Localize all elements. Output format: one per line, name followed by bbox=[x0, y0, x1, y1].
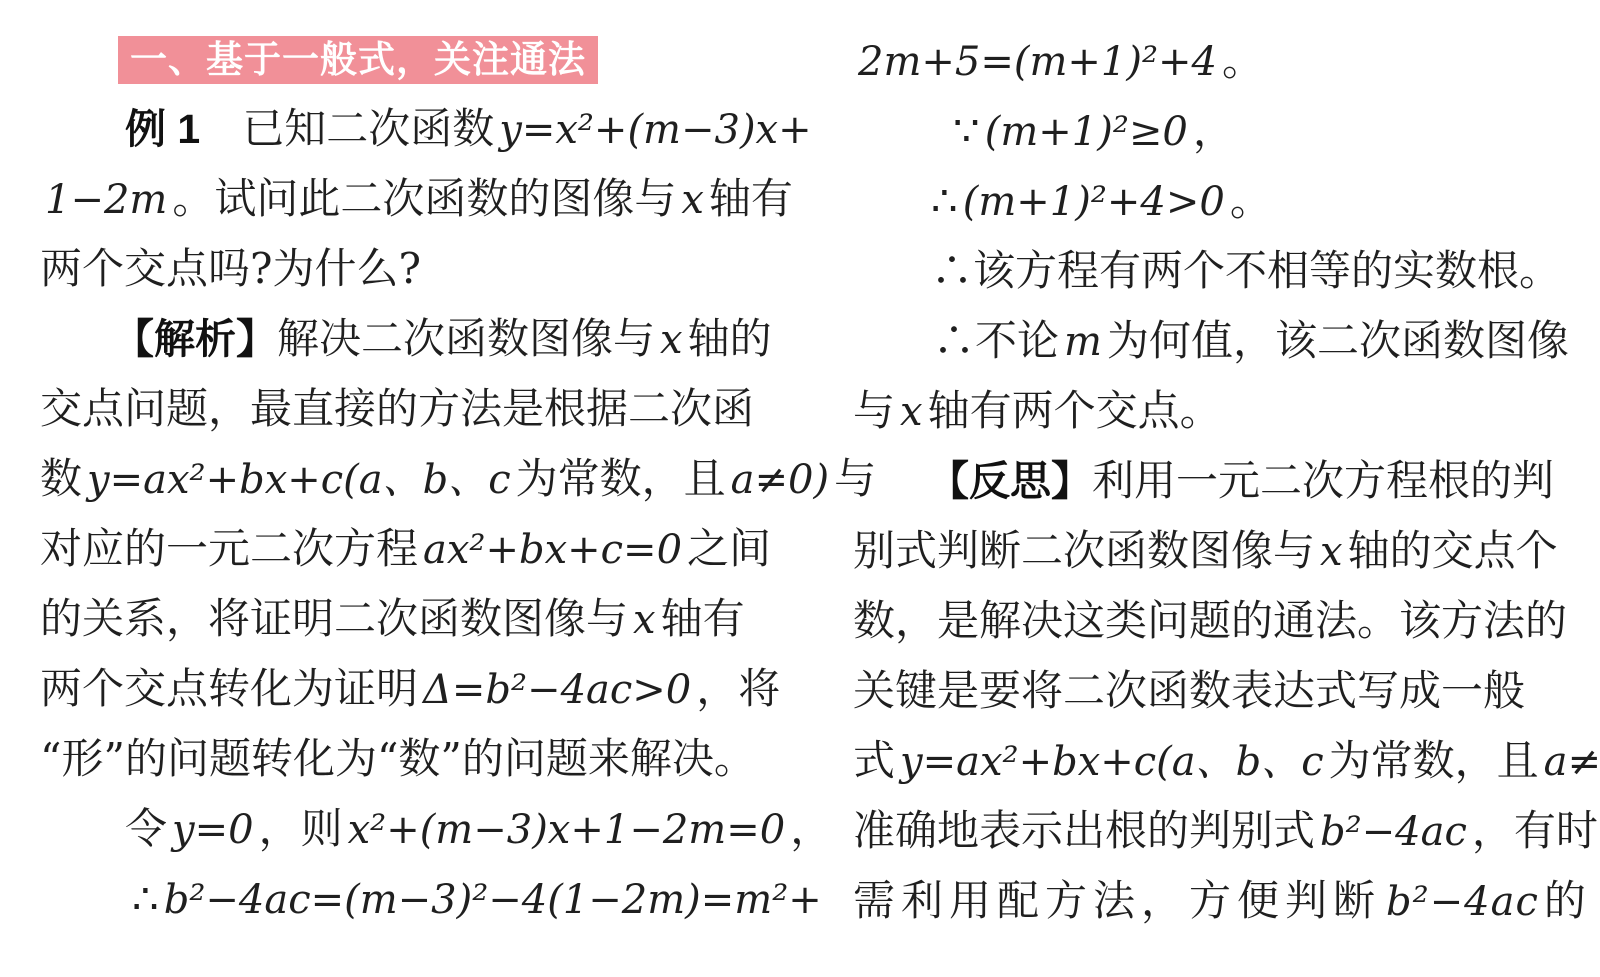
text-segment: ∴该方程有两个不相等的实数根。 bbox=[931, 246, 1561, 295]
text-segment: 的 bbox=[1544, 876, 1592, 925]
text-segment: 准确地表示出根的判别式 bbox=[853, 806, 1315, 855]
text-segment: 与 bbox=[853, 386, 895, 435]
text-line: 关键是要将二次函数表达式写成一般 bbox=[853, 656, 1593, 726]
text-segment: 利用一元二次方程根的判 bbox=[1092, 456, 1554, 505]
text-segment: 式 bbox=[853, 736, 895, 785]
math-segment: b²−4ac bbox=[1386, 879, 1539, 925]
text-segment: 为何值，该二次函数图像 bbox=[1107, 316, 1569, 365]
text-segment: 交点问题，最直接的方法是根据二次函 bbox=[40, 384, 754, 433]
text-line: 数，是解决这类问题的通法。该方法的 bbox=[853, 586, 1593, 656]
text-line: 2m+5=(m+1)²+4。 bbox=[853, 26, 1593, 96]
text-segment: 轴有 bbox=[661, 594, 745, 643]
text-segment: 别式判断二次函数图像与 bbox=[853, 526, 1315, 575]
text-segment: 数，是解决这类问题的通法。该方法的 bbox=[853, 596, 1567, 645]
section-header-chip: 一、基于一般式，关注通法 bbox=[118, 36, 598, 84]
text-segment: 令 bbox=[125, 804, 167, 853]
text-line: 数y=ax²+bx+c(a、b、c为常数，且a≠0)与 bbox=[40, 444, 780, 514]
text-line: 两个交点转化为证明Δ=b²−4ac>0，将 bbox=[40, 654, 780, 724]
text-segment: 已知二次函数 bbox=[200, 104, 494, 153]
math-segment: b²−4ac bbox=[1320, 809, 1467, 855]
math-segment: (m+1)²+4>0 bbox=[963, 179, 1225, 225]
text-segment: 。试问此二次函数的图像与 bbox=[172, 174, 676, 223]
text-line: 别式判断二次函数图像与x轴的交点个 bbox=[853, 516, 1593, 586]
text-line: 1−2m。试问此二次函数的图像与x轴有 bbox=[40, 164, 780, 234]
text-segment: “形”的问题转化为“数”的问题来解决。 bbox=[40, 734, 756, 783]
text-segment: 需利用配方法，方便判断 bbox=[853, 876, 1381, 925]
text-line: 【解析】解决二次函数图像与x轴的 bbox=[40, 304, 780, 374]
text-segment: 两个交点吗?为什么? bbox=[40, 244, 421, 293]
text-line: 对应的一元二次方程ax²+bx+c=0之间 bbox=[40, 514, 780, 584]
text-segment: ，将 bbox=[696, 664, 780, 713]
math-segment: x bbox=[1320, 529, 1343, 575]
text-line: 式y=ax²+bx+c(a、b、c为常数，且a≠0)，再 bbox=[853, 726, 1593, 796]
math-segment: y=0 bbox=[172, 807, 254, 853]
text-line: ∴(m+1)²+4>0。 bbox=[853, 166, 1593, 236]
text-segment: 。 bbox=[1230, 176, 1272, 225]
textbook-page: 一、基于一般式，关注通法 例 1 已知二次函数y=x²+(m−3)x+1−2m。… bbox=[0, 0, 1600, 977]
text-line: 交点问题，最直接的方法是根据二次函 bbox=[40, 374, 780, 444]
math-segment: b²−4ac=(m−3)²−4(1−2m)=m²+ bbox=[164, 877, 822, 923]
text-line: ∴b²−4ac=(m−3)²−4(1−2m)=m²+ bbox=[40, 864, 780, 934]
text-segment: ∵ bbox=[953, 106, 980, 155]
text-segment: 为常数，且 bbox=[1329, 736, 1539, 785]
math-segment: 1−2m bbox=[45, 177, 167, 223]
text-line: 需利用配方法，方便判断b²−4ac的 bbox=[853, 866, 1593, 936]
text-segment: ∴不论 bbox=[933, 316, 1059, 365]
math-segment: x bbox=[660, 317, 683, 363]
text-segment: 之间 bbox=[687, 524, 771, 573]
text-line: “形”的问题转化为“数”的问题来解决。 bbox=[40, 724, 780, 794]
text-segment: 两个交点转化为证明 bbox=[40, 664, 418, 713]
text-segment: ， bbox=[1193, 106, 1235, 155]
left-column: 一、基于一般式，关注通法 例 1 已知二次函数y=x²+(m−3)x+1−2m。… bbox=[40, 36, 780, 934]
text-segment: ∴ bbox=[931, 176, 958, 225]
math-segment: (m+1)²≥0 bbox=[985, 109, 1188, 155]
text-segment: ， bbox=[790, 804, 832, 853]
text-segment: 为常数，且 bbox=[516, 454, 726, 503]
text-line: ∴该方程有两个不相等的实数根。 bbox=[853, 236, 1593, 306]
text-line: 与x轴有两个交点。 bbox=[853, 376, 1593, 446]
text-segment: 。 bbox=[1222, 36, 1264, 85]
text-line: 【反思】利用一元二次方程根的判 bbox=[853, 446, 1593, 516]
text-line: ∴不论m为何值，该二次函数图像 bbox=[853, 306, 1593, 376]
right-column: 2m+5=(m+1)²+4。∵(m+1)²≥0，∴(m+1)²+4>0。∴该方程… bbox=[853, 26, 1593, 936]
math-segment: m bbox=[1064, 319, 1102, 365]
text-line: 准确地表示出根的判别式b²−4ac，有时 bbox=[853, 796, 1593, 866]
text-segment: 的关系，将证明二次函数图像与 bbox=[40, 594, 628, 643]
text-line: ∵(m+1)²≥0， bbox=[853, 96, 1593, 166]
text-segment: ，有时 bbox=[1472, 806, 1598, 855]
section-label: 例 1 bbox=[125, 106, 200, 152]
text-line: 的关系，将证明二次函数图像与x轴有 bbox=[40, 584, 780, 654]
text-segment: 关键是要将二次函数表达式写成一般 bbox=[853, 666, 1525, 715]
text-segment: 对应的一元二次方程 bbox=[40, 524, 418, 573]
text-segment: ，则 bbox=[259, 804, 343, 853]
section-label: 【解析】 bbox=[113, 316, 277, 362]
text-line: 令y=0，则x²+(m−3)x+1−2m=0， bbox=[40, 794, 780, 864]
text-line: 例 1 已知二次函数y=x²+(m−3)x+ bbox=[40, 94, 780, 164]
math-segment: x bbox=[681, 177, 704, 223]
math-segment: x bbox=[633, 597, 656, 643]
text-segment: 轴有两个交点。 bbox=[928, 386, 1222, 435]
section-header: 一、基于一般式，关注通法 bbox=[118, 36, 780, 84]
text-segment: 数 bbox=[40, 454, 82, 503]
math-segment: Δ=b²−4ac>0 bbox=[423, 667, 691, 713]
math-segment: a≠0) bbox=[1544, 739, 1600, 785]
math-segment: y=ax²+bx+c(a、b、c bbox=[900, 739, 1324, 785]
math-segment: x bbox=[900, 389, 923, 435]
math-segment: x²+(m−3)x+1−2m=0 bbox=[348, 807, 786, 853]
text-segment: 轴有 bbox=[709, 174, 793, 223]
text-segment: ∴ bbox=[132, 874, 159, 923]
text-line: 两个交点吗?为什么? bbox=[40, 234, 780, 304]
text-segment: 解决二次函数图像与 bbox=[277, 314, 655, 363]
math-segment: y=x²+(m−3)x+ bbox=[499, 107, 811, 153]
text-segment: 轴的交点个 bbox=[1348, 526, 1558, 575]
section-label: 【反思】 bbox=[928, 458, 1092, 504]
math-segment: a≠0) bbox=[731, 457, 829, 503]
text-segment: 轴的 bbox=[688, 314, 772, 363]
math-segment: ax²+bx+c=0 bbox=[423, 527, 682, 573]
math-segment: y=ax²+bx+c(a、b、c bbox=[87, 457, 511, 503]
math-segment: 2m+5=(m+1)²+4 bbox=[858, 39, 1217, 85]
